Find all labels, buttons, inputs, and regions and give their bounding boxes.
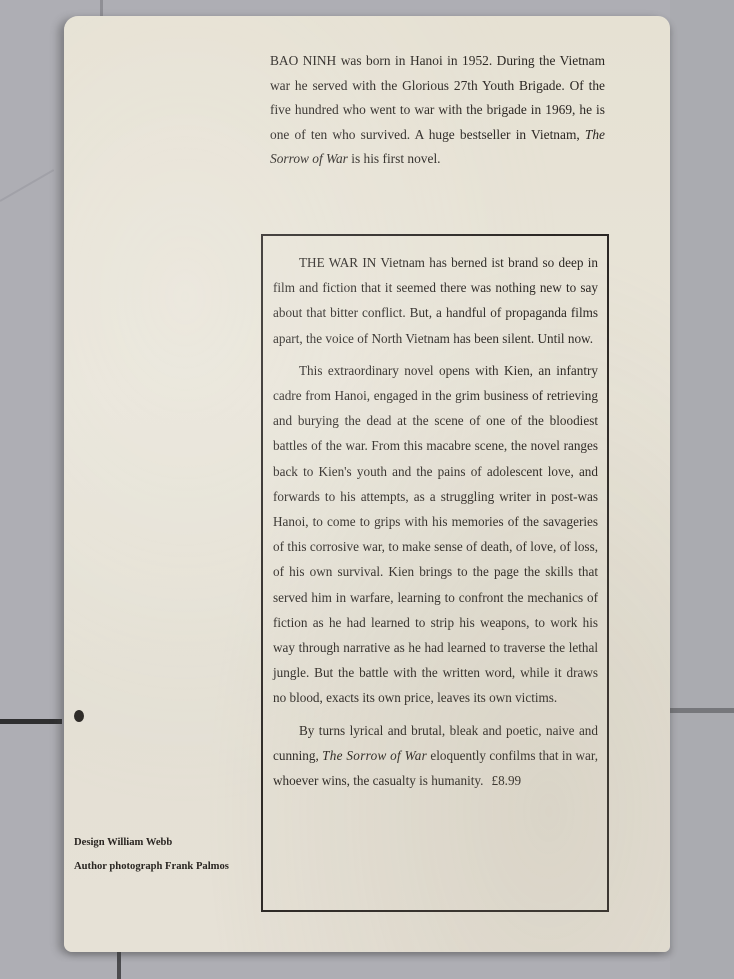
floor-tile-seam <box>100 0 103 16</box>
ink-stain <box>74 710 84 722</box>
design-credit: Design William Webb <box>74 831 229 855</box>
blurb-box: THE WAR IN Vietnam has berned ist brand … <box>261 234 609 912</box>
cover-credits: Design William Webb Author photograph Fr… <box>74 831 229 879</box>
floor-tile-seam <box>117 952 121 979</box>
blurb-book-title: The Sorrow of War <box>322 748 427 763</box>
blurb-paragraph-2: This extraordinary novel opens with Kien… <box>273 358 598 711</box>
bio-tail: is his first novel. <box>348 151 441 166</box>
author-bio: BAO NINH was born in Hanoi in 1952. Duri… <box>270 49 605 172</box>
photo-credit: Author photograph Frank Palmos <box>74 855 229 879</box>
price-label: £8.99 <box>491 773 521 788</box>
blurb-paragraph-3: By turns lyrical and brutal, bleak and p… <box>273 718 598 794</box>
book-back-cover: BAO NINH was born in Hanoi in 1952. Duri… <box>64 16 670 952</box>
floor-tile-seam <box>670 0 734 979</box>
floor-tile-seam <box>0 169 54 202</box>
bio-lead: BAO NINH was born in Hanoi in 1952. Duri… <box>270 53 605 142</box>
blurb-paragraph-1: THE WAR IN Vietnam has berned ist brand … <box>273 250 598 351</box>
floor-grout-line <box>0 719 62 724</box>
blurb-text: THE WAR IN Vietnam has berned ist brand … <box>273 250 598 800</box>
